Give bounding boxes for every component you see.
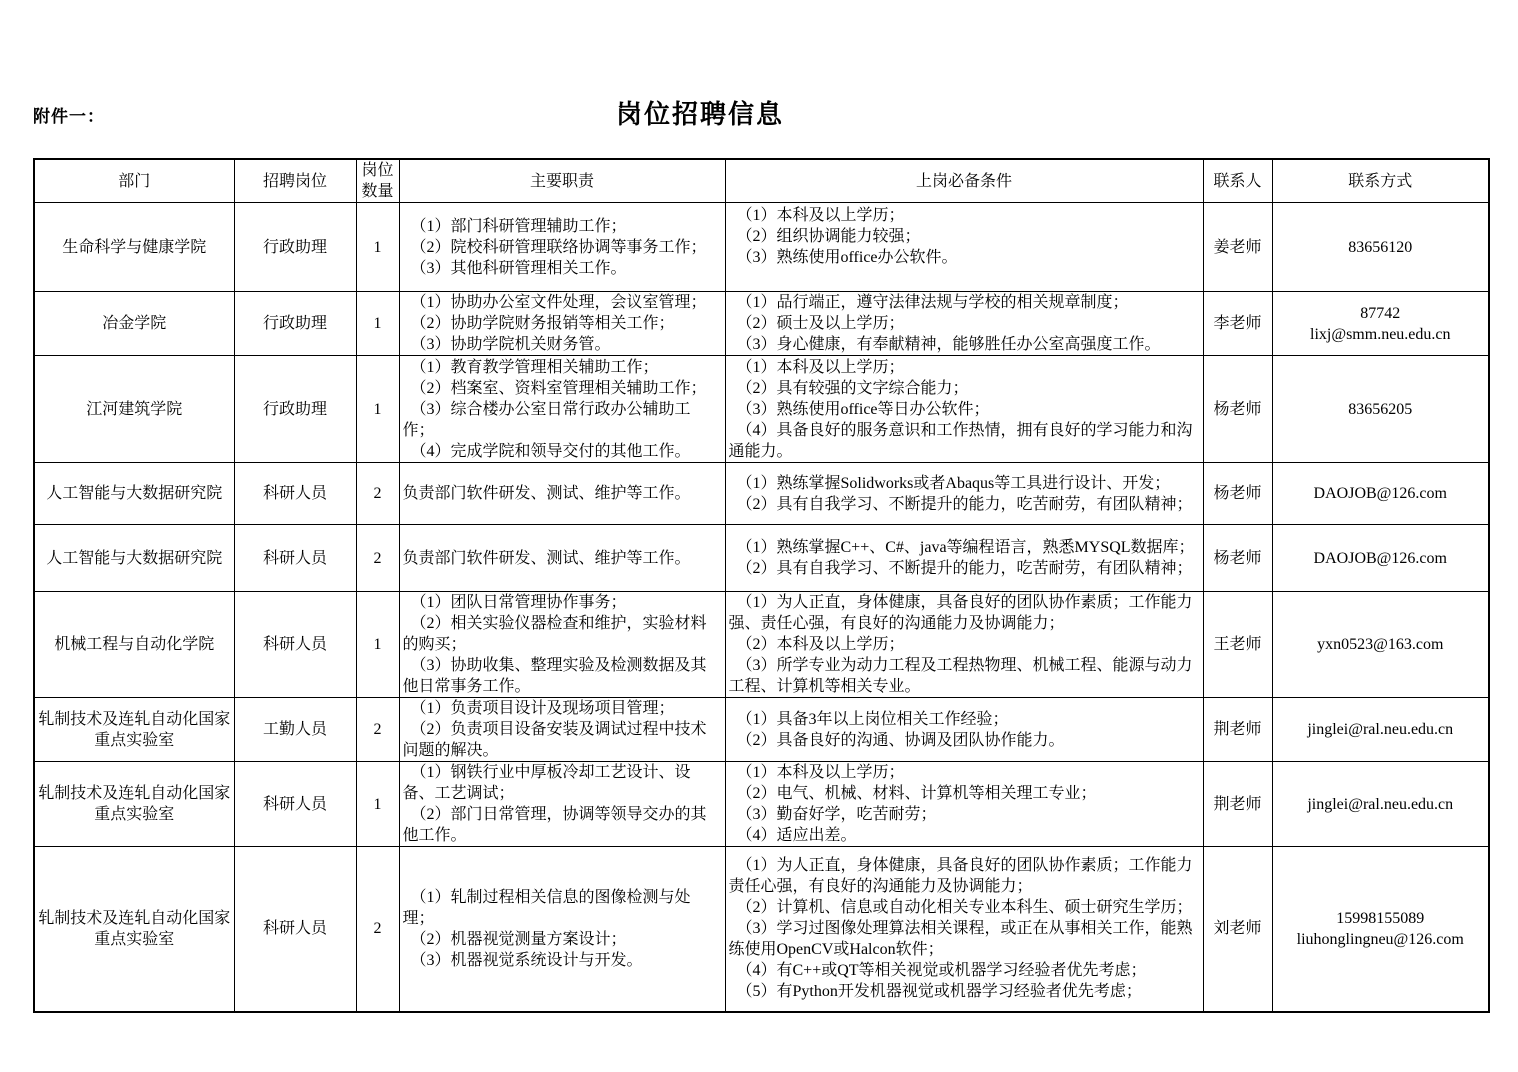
department-cell: 江河建筑学院 — [34, 356, 234, 463]
department-cell: 机械工程与自动化学院 — [34, 592, 234, 698]
contact-info-line: DAOJOB@126.com — [1275, 483, 1487, 504]
requirement-item: （1）本科及以上学历； — [729, 357, 1200, 378]
requirement-item: （2）具有自我学习、不断提升的能力，吃苦耐劳，有团队精神； — [729, 494, 1200, 515]
table-row: 人工智能与大数据研究院科研人员2负责部门软件研发、测试、维护等工作。 （1）熟练… — [34, 463, 1489, 525]
count-cell: 1 — [356, 292, 399, 356]
requirement-item: （3）熟练使用office办公软件。 — [729, 247, 1200, 268]
table-row: 轧制技术及连轧自动化国家重点实验室科研人员1 （1）钢铁行业中厚板冷却工艺设计、… — [34, 762, 1489, 847]
department-cell: 轧制技术及连轧自动化国家重点实验室 — [34, 762, 234, 847]
col-header-requirements: 上岗必备条件 — [725, 159, 1203, 203]
requirement-item: （3）勤奋好学，吃苦耐劳； — [729, 804, 1200, 825]
contact-info-line: jinglei@ral.neu.edu.cn — [1275, 794, 1487, 815]
requirement-item: （4）有C++或QT等相关视觉或机器学习经验者优先考虑； — [729, 960, 1200, 981]
department-cell: 轧制技术及连轧自动化国家重点实验室 — [34, 847, 234, 1012]
duties-cell: （1）协助办公室文件处理，会议室管理； （2）协助学院财务报销等相关工作； （3… — [399, 292, 725, 356]
col-header-count: 岗位数量 — [356, 159, 399, 203]
count-cell: 1 — [356, 356, 399, 463]
requirements-cell: （1）为人正直，身体健康，具备良好的团队协作素质；工作能力强、责任心强，有良好的… — [725, 592, 1203, 698]
contact-info-line: yxn0523@163.com — [1275, 634, 1487, 655]
duty-item: （2）负责项目设备安装及调试过程中技术问题的解决。 — [403, 719, 722, 761]
duties-cell: 负责部门软件研发、测试、维护等工作。 — [399, 525, 725, 592]
duty-item: （2）部门日常管理，协调等领导交办的其他工作。 — [403, 804, 722, 846]
position-cell: 行政助理 — [234, 203, 356, 292]
duties-cell: （1）钢铁行业中厚板冷却工艺设计、设备、工艺调试； （2）部门日常管理，协调等领… — [399, 762, 725, 847]
contact-info-line: 15998155089 — [1275, 908, 1487, 929]
count-cell: 1 — [356, 592, 399, 698]
contact-person-cell: 荆老师 — [1203, 698, 1272, 762]
position-cell: 科研人员 — [234, 592, 356, 698]
table-row: 轧制技术及连轧自动化国家重点实验室科研人员2 （1）轧制过程相关信息的图像检测与… — [34, 847, 1489, 1012]
contact-person-cell: 杨老师 — [1203, 525, 1272, 592]
table-row: 生命科学与健康学院行政助理1 （1）部门科研管理辅助工作； （2）院校科研管理联… — [34, 203, 1489, 292]
duty-item: （3）其他科研管理相关工作。 — [403, 258, 722, 279]
count-cell: 2 — [356, 847, 399, 1012]
contact-info-cell: DAOJOB@126.com — [1272, 463, 1489, 525]
requirements-cell: （1）本科及以上学历； （2）电气、机械、材料、计算机等相关理工专业； （3）勤… — [725, 762, 1203, 847]
requirement-item: （1）熟练掌握Solidworks或者Abaqus等工具进行设计、开发； — [729, 473, 1200, 494]
position-cell: 科研人员 — [234, 847, 356, 1012]
duty-item: 负责部门软件研发、测试、维护等工作。 — [403, 483, 722, 504]
duty-item: 负责部门软件研发、测试、维护等工作。 — [403, 548, 722, 569]
requirement-item: （1）为人正直，身体健康，具备良好的团队协作素质；工作能力强、责任心强，有良好的… — [729, 592, 1200, 634]
contact-info-cell: 83656120 — [1272, 203, 1489, 292]
duty-item: （1）轧制过程相关信息的图像检测与处理； — [403, 887, 722, 929]
department-cell: 人工智能与大数据研究院 — [34, 463, 234, 525]
recruitment-table: 部门 招聘岗位 岗位数量 主要职责 上岗必备条件 联系人 联系方式 生命科学与健… — [33, 158, 1490, 1013]
duties-cell: （1）负责项目设计及现场项目管理； （2）负责项目设备安装及调试过程中技术问题的… — [399, 698, 725, 762]
requirements-cell: （1）熟练掌握C++、C#、java等编程语言，熟悉MYSQL数据库； （2）具… — [725, 525, 1203, 592]
position-cell: 科研人员 — [234, 463, 356, 525]
requirement-item: （1）为人正直，身体健康，具备良好的团队协作素质；工作能力责任心强，有良好的沟通… — [729, 855, 1200, 897]
requirement-item: （1）本科及以上学历； — [729, 762, 1200, 783]
position-cell: 工勤人员 — [234, 698, 356, 762]
requirements-cell: （1）本科及以上学历； （2）具有较强的文字综合能力； （3）熟练使用offic… — [725, 356, 1203, 463]
col-header-contact-info: 联系方式 — [1272, 159, 1489, 203]
contact-person-cell: 杨老师 — [1203, 463, 1272, 525]
count-cell: 1 — [356, 203, 399, 292]
contact-info-line: 83656205 — [1275, 399, 1487, 420]
department-cell: 人工智能与大数据研究院 — [34, 525, 234, 592]
col-header-position: 招聘岗位 — [234, 159, 356, 203]
duty-item: （1）部门科研管理辅助工作； — [403, 216, 722, 237]
requirement-item: （3）身心健康，有奉献精神，能够胜任办公室高强度工作。 — [729, 334, 1200, 355]
requirements-cell: （1）为人正直，身体健康，具备良好的团队协作素质；工作能力责任心强，有良好的沟通… — [725, 847, 1203, 1012]
duty-item: （2）机器视觉测量方案设计； — [403, 929, 722, 950]
requirement-item: （2）电气、机械、材料、计算机等相关理工专业； — [729, 783, 1200, 804]
page-title: 岗位招聘信息 — [0, 94, 1400, 131]
col-header-department: 部门 — [34, 159, 234, 203]
col-header-duties: 主要职责 — [399, 159, 725, 203]
requirement-item: （3）所学专业为动力工程及工程热物理、机械工程、能源与动力工程、计算机等相关专业… — [729, 655, 1200, 697]
table-row: 机械工程与自动化学院科研人员1 （1）团队日常管理协作事务； （2）相关实验仪器… — [34, 592, 1489, 698]
duty-item: （1）协助办公室文件处理，会议室管理； — [403, 292, 722, 313]
duty-item: （3）机器视觉系统设计与开发。 — [403, 950, 722, 971]
duties-cell: 负责部门软件研发、测试、维护等工作。 — [399, 463, 725, 525]
count-cell: 2 — [356, 525, 399, 592]
duties-cell: （1）教育教学管理相关辅助工作； （2）档案室、资料室管理相关辅助工作； （3）… — [399, 356, 725, 463]
duty-item: （4）完成学院和领导交付的其他工作。 — [403, 441, 722, 462]
contact-info-cell: 83656205 — [1272, 356, 1489, 463]
duties-cell: （1）轧制过程相关信息的图像检测与处理； （2）机器视觉测量方案设计； （3）机… — [399, 847, 725, 1012]
document-page: 附件一： 岗位招聘信息 部门 招聘岗位 岗位数量 主要职责 上岗必备条件 联系人… — [0, 0, 1518, 1072]
requirement-item: （2）具备良好的沟通、协调及团队协作能力。 — [729, 730, 1200, 751]
position-cell: 科研人员 — [234, 525, 356, 592]
department-cell: 冶金学院 — [34, 292, 234, 356]
requirement-item: （3）学习过图像处理算法相关课程，或正在从事相关工作，能熟练使用OpenCV或H… — [729, 918, 1200, 960]
contact-info-cell: 15998155089liuhonglingneu@126.com — [1272, 847, 1489, 1012]
position-cell: 行政助理 — [234, 356, 356, 463]
contact-person-cell: 杨老师 — [1203, 356, 1272, 463]
contact-info-line: lixj@smm.neu.edu.cn — [1275, 324, 1487, 345]
contact-info-line: 87742 — [1275, 303, 1487, 324]
requirements-cell: （1）本科及以上学历； （2）组织协调能力较强； （3）熟练使用office办公… — [725, 203, 1203, 292]
requirement-item: （2）组织协调能力较强； — [729, 226, 1200, 247]
col-header-contact: 联系人 — [1203, 159, 1272, 203]
requirements-cell: （1）品行端正，遵守法律法规与学校的相关规章制度； （2）硕士及以上学历； （3… — [725, 292, 1203, 356]
contact-person-cell: 李老师 — [1203, 292, 1272, 356]
duty-item: （2）相关实验仪器检查和维护，实验材料的购买； — [403, 613, 722, 655]
requirement-item: （1）品行端正，遵守法律法规与学校的相关规章制度； — [729, 292, 1200, 313]
requirement-item — [729, 268, 1200, 289]
count-cell: 1 — [356, 762, 399, 847]
duty-item: （2）档案室、资料室管理相关辅助工作； — [403, 378, 722, 399]
duties-cell: （1）团队日常管理协作事务； （2）相关实验仪器检查和维护，实验材料的购买； （… — [399, 592, 725, 698]
duty-item: （3）综合楼办公室日常行政办公辅助工作； — [403, 399, 722, 441]
duty-item: （2）协助学院财务报销等相关工作； — [403, 313, 722, 334]
requirement-item: （1）熟练掌握C++、C#、java等编程语言，熟悉MYSQL数据库； — [729, 537, 1200, 558]
department-cell: 轧制技术及连轧自动化国家重点实验室 — [34, 698, 234, 762]
contact-person-cell: 刘老师 — [1203, 847, 1272, 1012]
requirement-item: （5）有Python开发机器视觉或机器学习经验者优先考虑； — [729, 981, 1200, 1002]
duty-item: （2）院校科研管理联络协调等事务工作； — [403, 237, 722, 258]
duty-item: （1）团队日常管理协作事务； — [403, 592, 722, 613]
duty-item: （1）教育教学管理相关辅助工作； — [403, 357, 722, 378]
contact-info-cell: DAOJOB@126.com — [1272, 525, 1489, 592]
duty-item: （3）协助学院机关财务管。 — [403, 334, 722, 355]
position-cell: 行政助理 — [234, 292, 356, 356]
count-cell: 2 — [356, 698, 399, 762]
requirement-item: （1）具备3年以上岗位相关工作经验； — [729, 709, 1200, 730]
requirement-item: （2）具有较强的文字综合能力； — [729, 378, 1200, 399]
duty-item: （1）负责项目设计及现场项目管理； — [403, 698, 722, 719]
duty-item: （1）钢铁行业中厚板冷却工艺设计、设备、工艺调试； — [403, 762, 722, 804]
requirement-item: （2）计算机、信息或自动化相关专业本科生、硕士研究生学历； — [729, 897, 1200, 918]
requirements-cell: （1）具备3年以上岗位相关工作经验； （2）具备良好的沟通、协调及团队协作能力。 — [725, 698, 1203, 762]
department-cell: 生命科学与健康学院 — [34, 203, 234, 292]
table-header-row: 部门 招聘岗位 岗位数量 主要职责 上岗必备条件 联系人 联系方式 — [34, 159, 1489, 203]
contact-info-cell: 87742lixj@smm.neu.edu.cn — [1272, 292, 1489, 356]
requirement-item: （2）具有自我学习、不断提升的能力，吃苦耐劳，有团队精神； — [729, 558, 1200, 579]
requirement-item: （3）熟练使用office等日办公软件； — [729, 399, 1200, 420]
table-row: 江河建筑学院行政助理1 （1）教育教学管理相关辅助工作； （2）档案室、资料室管… — [34, 356, 1489, 463]
table-row: 冶金学院行政助理1 （1）协助办公室文件处理，会议室管理； （2）协助学院财务报… — [34, 292, 1489, 356]
duty-item: （3）协助收集、整理实验及检测数据及其他日常事务工作。 — [403, 655, 722, 697]
contact-info-line: 83656120 — [1275, 237, 1487, 258]
contact-info-cell: yxn0523@163.com — [1272, 592, 1489, 698]
position-cell: 科研人员 — [234, 762, 356, 847]
requirement-item: （1）本科及以上学历； — [729, 205, 1200, 226]
requirement-item: （2）硕士及以上学历； — [729, 313, 1200, 334]
contact-info-line: DAOJOB@126.com — [1275, 548, 1487, 569]
duties-cell: （1）部门科研管理辅助工作； （2）院校科研管理联络协调等事务工作； （3）其他… — [399, 203, 725, 292]
contact-info-cell: jinglei@ral.neu.edu.cn — [1272, 762, 1489, 847]
requirement-item: （4）具备良好的服务意识和工作热情，拥有良好的学习能力和沟通能力。 — [729, 420, 1200, 462]
table-row: 轧制技术及连轧自动化国家重点实验室工勤人员2 （1）负责项目设计及现场项目管理；… — [34, 698, 1489, 762]
requirement-item: （4）适应出差。 — [729, 825, 1200, 846]
contact-info-cell: jinglei@ral.neu.edu.cn — [1272, 698, 1489, 762]
contact-person-cell: 姜老师 — [1203, 203, 1272, 292]
contact-person-cell: 王老师 — [1203, 592, 1272, 698]
contact-info-line: liuhonglingneu@126.com — [1275, 929, 1487, 950]
contact-info-line: jinglei@ral.neu.edu.cn — [1275, 719, 1487, 740]
table-row: 人工智能与大数据研究院科研人员2负责部门软件研发、测试、维护等工作。 （1）熟练… — [34, 525, 1489, 592]
requirements-cell: （1）熟练掌握Solidworks或者Abaqus等工具进行设计、开发； （2）… — [725, 463, 1203, 525]
requirement-item: （2）本科及以上学历； — [729, 634, 1200, 655]
count-cell: 2 — [356, 463, 399, 525]
contact-person-cell: 荆老师 — [1203, 762, 1272, 847]
